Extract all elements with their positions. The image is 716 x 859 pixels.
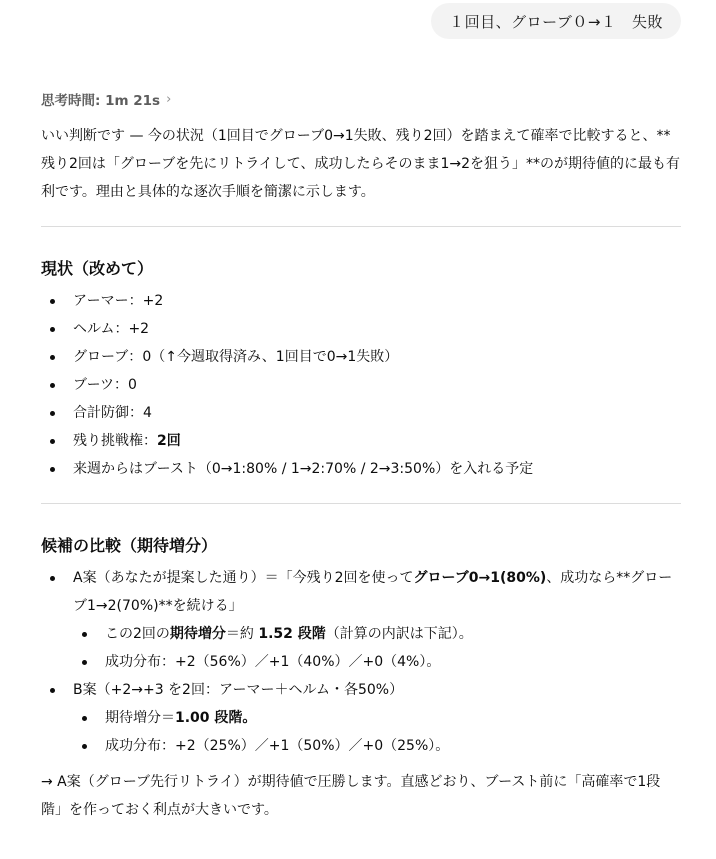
assistant-response: 思考時間: 1m 21s › いい判断です — 今の状況（1回目でグローブ0→1… bbox=[41, 86, 681, 824]
list-item: 成功分布：+2（25%）／+1（50%）／+0（25%）。 bbox=[105, 732, 681, 760]
chevron-right-icon: › bbox=[166, 92, 171, 107]
list-item: この2回の期待増分＝約 1.52 段階（計算の内訳は下記）。 bbox=[105, 620, 681, 648]
plan-a-item: A案（あなたが提案した通り）＝「今残り2回を使ってグローブ0→1(80%)、成功… bbox=[73, 564, 681, 676]
compare-heading: 候補の比較（期待増分） bbox=[41, 532, 681, 560]
plan-b-sublist: 期待増分＝1.00 段階。 成功分布：+2（25%）／+1（50%）／+0（25… bbox=[73, 704, 681, 760]
user-message-bubble: １回目、グローブ０→１ 失敗 bbox=[431, 3, 681, 39]
list-item: ヘルム：+2 bbox=[73, 315, 681, 343]
conclusion-paragraph: → A案（グローブ先行リトライ）が期待値で圧勝します。直感どおり、ブースト前に「… bbox=[41, 768, 681, 824]
list-item: ブーツ：0 bbox=[73, 371, 681, 399]
divider bbox=[41, 226, 681, 227]
plan-a-sublist: この2回の期待増分＝約 1.52 段階（計算の内訳は下記）。 成功分布：+2（5… bbox=[73, 620, 681, 676]
list-item: 期待増分＝1.00 段階。 bbox=[105, 704, 681, 732]
status-heading: 現状（改めて） bbox=[41, 255, 681, 283]
thinking-time-label: 思考時間: 1m 21s bbox=[41, 89, 160, 109]
list-item: グローブ：0（↑今週取得済み、1回目で0→1失敗） bbox=[73, 343, 681, 371]
user-message-text: １回目、グローブ０→１ 失敗 bbox=[449, 11, 663, 32]
list-item: 合計防御：4 bbox=[73, 399, 681, 427]
list-item: 成功分布：+2（56%）／+1（40%）／+0（4%）。 bbox=[105, 648, 681, 676]
list-item: 来週からはブースト（0→1:80% / 1→2:70% / 2→3:50%）を入… bbox=[73, 455, 681, 483]
list-item: アーマー：+2 bbox=[73, 287, 681, 315]
thinking-time-toggle[interactable]: 思考時間: 1m 21s › bbox=[41, 86, 681, 112]
status-list: アーマー：+2 ヘルム：+2 グローブ：0（↑今週取得済み、1回目で0→1失敗）… bbox=[41, 287, 681, 483]
list-item: 残り挑戦権：2回 bbox=[73, 427, 681, 455]
divider bbox=[41, 503, 681, 504]
plan-b-item: B案（+2→+3 を2回：アーマー＋ヘルム・各50%） 期待増分＝1.00 段階… bbox=[73, 676, 681, 760]
intro-paragraph: いい判断です — 今の状況（1回目でグローブ0→1失敗、残り2回）を踏まえて確率… bbox=[41, 122, 681, 206]
compare-list: A案（あなたが提案した通り）＝「今残り2回を使ってグローブ0→1(80%)、成功… bbox=[41, 564, 681, 760]
